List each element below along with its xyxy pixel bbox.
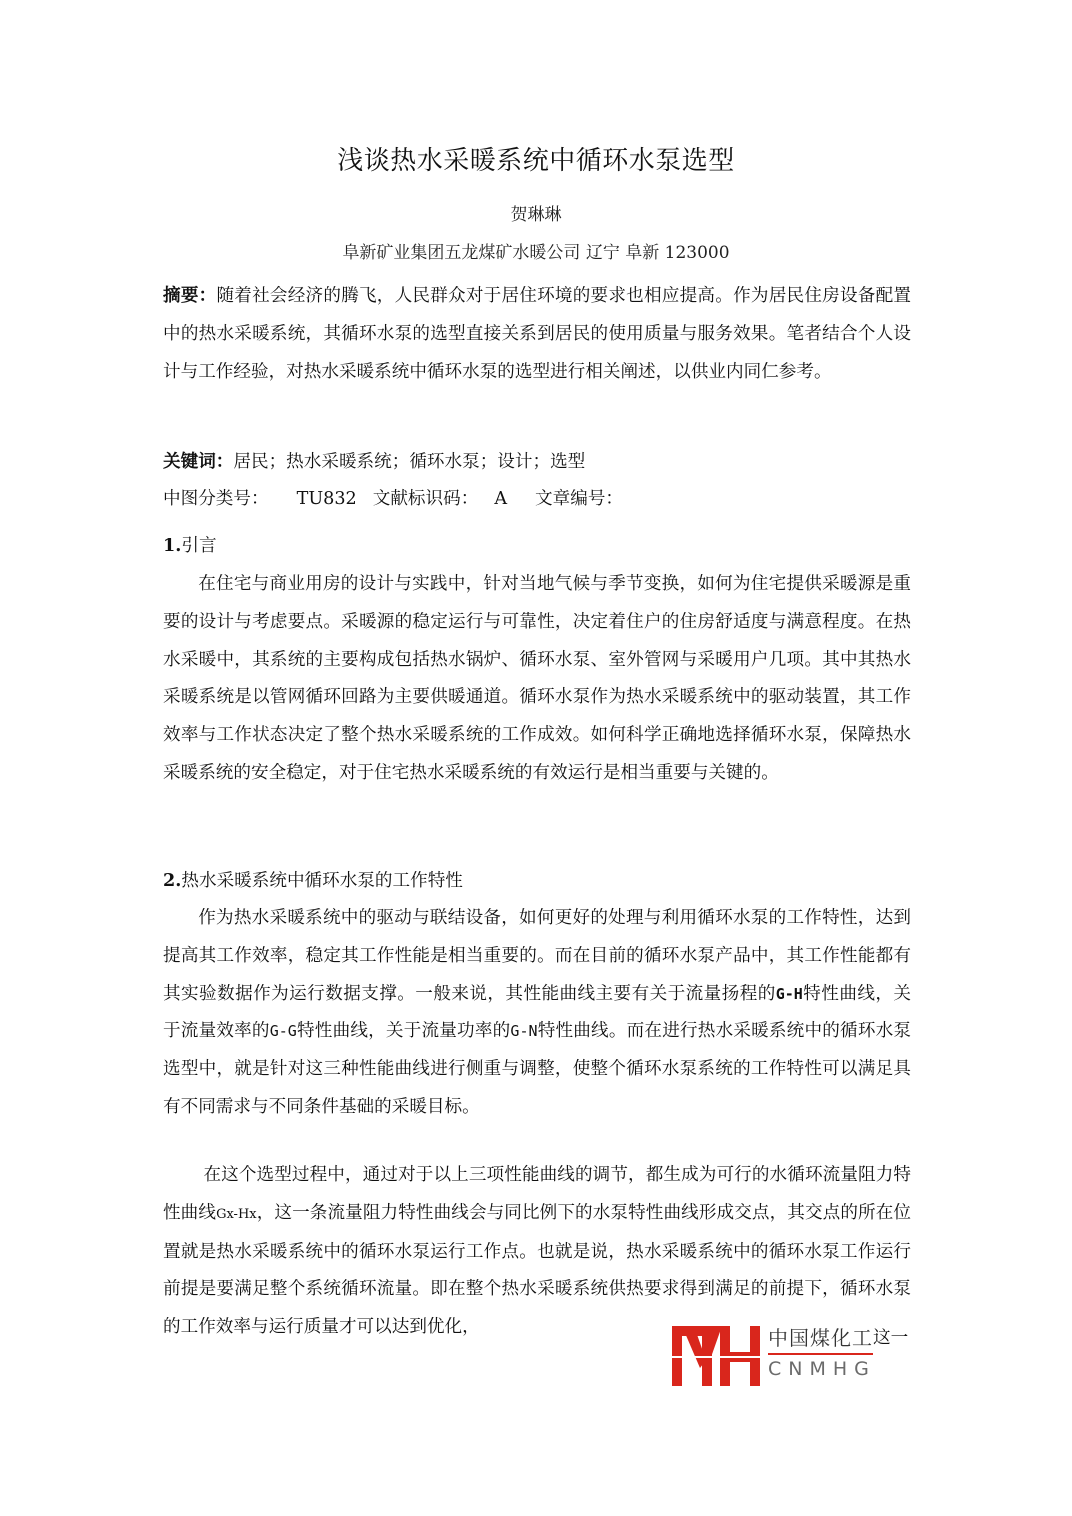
- section-1-title: 引言: [181, 536, 216, 556]
- text-run: 特性曲线，关于流量功率的: [297, 1021, 511, 1041]
- classification-line: 中图分类号：TU832文献标识码：A文章编号：: [163, 481, 911, 519]
- keywords: 关键词：居民；热水采暖系统；循环水泵；设计；选型: [163, 443, 911, 482]
- gh-curve-term: G-H: [776, 985, 803, 1003]
- obscured-text-tail: 这一: [873, 1324, 908, 1349]
- section-2-paragraph-1: 作为热水采暖系统中的驱动与联结设备，如何更好的处理与利用循环水泵的工作特性，达到…: [163, 900, 911, 1127]
- clc-label: 中图分类号：: [163, 489, 269, 509]
- cnmhg-logo-watermark: 中国煤化工 CNMHG 这一: [668, 1320, 918, 1390]
- gg-curve-term: G-G: [270, 1022, 297, 1040]
- section-2-body-continued: 在这个选型过程中，通过对于以上三项性能曲线的调节，都生成为可行的水循环流量阻力特…: [163, 1157, 911, 1347]
- paper-title: 浅谈热水采暖系统中循环水泵选型: [0, 140, 1072, 177]
- logo-divider: [768, 1353, 873, 1355]
- section-1-paragraph: 在住宅与商业用房的设计与实践中，针对当地气候与季节变换，如何为住宅提供采暖源是重…: [163, 566, 911, 793]
- section-1-number: 1.: [163, 535, 181, 556]
- gn-curve-term: G-N: [510, 1022, 537, 1040]
- doc-code-label: 文献标识码：: [373, 489, 479, 509]
- section-2-number: 2.: [163, 870, 181, 891]
- gxhx-curve-term: Gx-Hx: [216, 1207, 257, 1222]
- doc-code-value: A: [494, 489, 507, 509]
- abstract-label: 摘要：: [163, 285, 216, 306]
- logo-english-text: CNMHG: [768, 1358, 876, 1380]
- section-2-heading: 2.热水采暖系统中循环水泵的工作特性: [163, 862, 911, 901]
- mh-logo-icon: [672, 1326, 760, 1386]
- keywords-text: 居民；热水采暖系统；循环水泵；设计；选型: [233, 452, 585, 472]
- logo-chinese-text: 中国煤化工: [768, 1322, 873, 1351]
- author-name: 贺琳琳: [0, 200, 1072, 225]
- author-affiliation: 阜新矿业集团五龙煤矿水暖公司 辽宁 阜新 123000: [0, 238, 1072, 263]
- abstract: 摘要：随着社会经济的腾飞，人民群众对于居住环境的要求也相应提高。作为居民住房设备…: [163, 277, 911, 391]
- article-no-label: 文章编号：: [535, 489, 623, 509]
- clc-value: TU832: [297, 489, 357, 509]
- section-1-body: 在住宅与商业用房的设计与实践中，针对当地气候与季节变换，如何为住宅提供采暖源是重…: [163, 566, 911, 793]
- keywords-label: 关键词：: [163, 451, 233, 472]
- abstract-text: 随着社会经济的腾飞，人民群众对于居住环境的要求也相应提高。作为居民住房设备配置中…: [163, 286, 911, 382]
- section-2-paragraph-2: 在这个选型过程中，通过对于以上三项性能曲线的调节，都生成为可行的水循环流量阻力特…: [163, 1157, 911, 1347]
- section-2-title: 热水采暖系统中循环水泵的工作特性: [181, 871, 463, 891]
- section-2-body: 作为热水采暖系统中的驱动与联结设备，如何更好的处理与利用循环水泵的工作特性，达到…: [163, 900, 911, 1127]
- section-1-heading: 1.引言: [163, 527, 911, 566]
- text-run: ，这一条流量阻力特性曲线会与同比例下的水泵特性曲线形成交点，其交点的所在位置就是…: [163, 1203, 911, 1337]
- document-page: 浅谈热水采暖系统中循环水泵选型 贺琳琳 阜新矿业集团五龙煤矿水暖公司 辽宁 阜新…: [0, 0, 1072, 1516]
